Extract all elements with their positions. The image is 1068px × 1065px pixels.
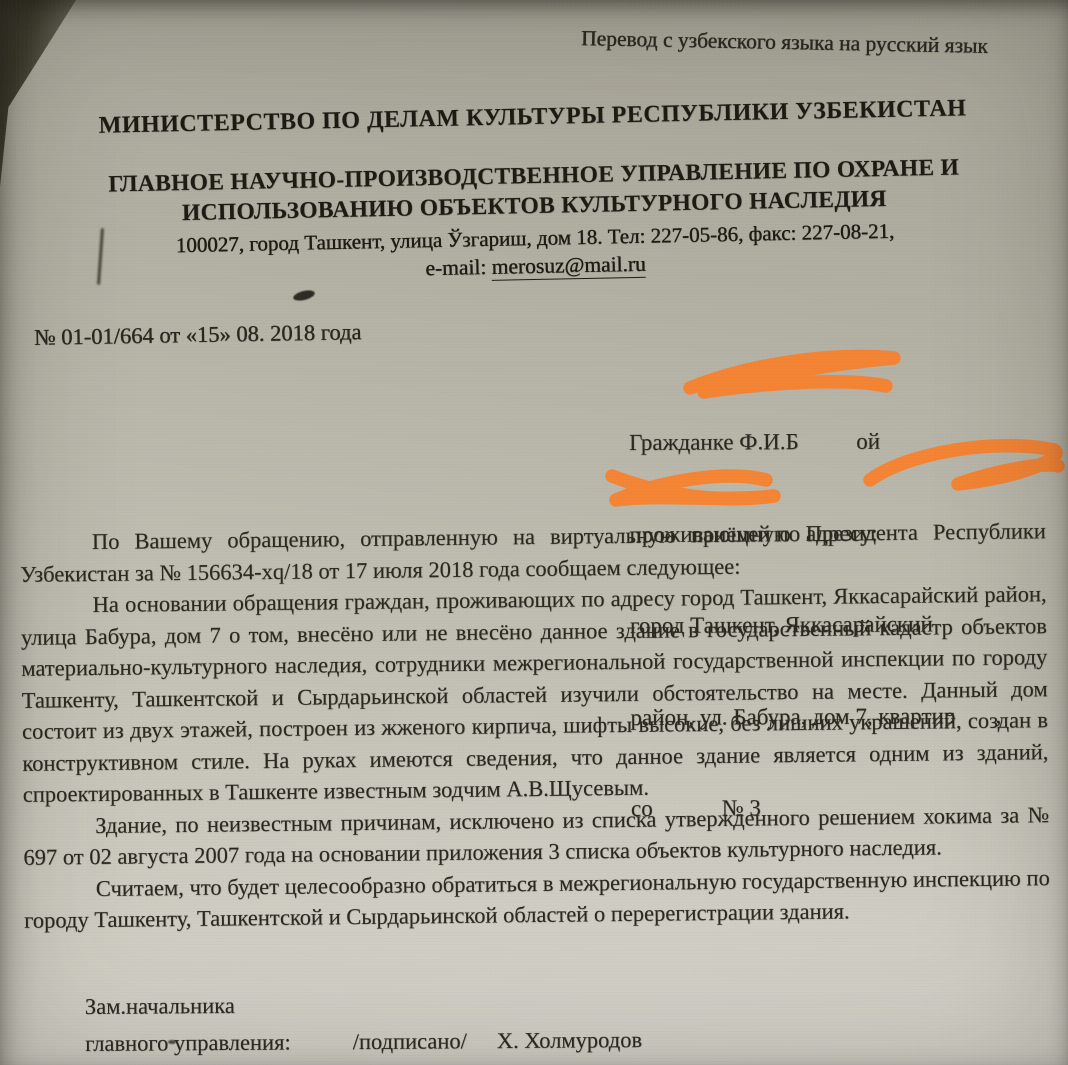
body-paragraph: Считаем, что будет целесообразно обратит…: [24, 862, 1051, 937]
signature-row: главного управления:/подписано/Х. Холмур…: [85, 1021, 642, 1062]
letterhead: МИНИСТЕРСТВО ПО ДЕЛАМ КУЛЬТУРЫ РЕСПУБЛИК…: [26, 94, 1041, 289]
translation-note: Перевод с узбекского языка на русский яз…: [581, 26, 988, 59]
ink-blob: [292, 288, 316, 302]
body-paragraph: На основании обращения граждан, проживаю…: [20, 578, 1048, 810]
signature-role-line2: главного управления:: [85, 1030, 291, 1056]
ministry-title: МИНИСТЕРСТВО ПО ДЕЛАМ КУЛЬТУРЫ РЕСПУБЛИК…: [26, 94, 1038, 141]
recipient-line: Гражданке Ф.И.Б ой: [629, 426, 1000, 458]
email-address: merosuz@mail.ru: [491, 252, 646, 281]
signature-name: Х. Холмуродов: [497, 1027, 642, 1053]
email-label: e-mail:: [425, 255, 492, 280]
letter-body: По Вашему обращению, отправленную на вир…: [20, 515, 1051, 936]
scanned-letter-document: Перевод с узбекского языка на русский яз…: [0, 0, 1068, 1065]
body-paragraph: Здание, по неизвестным причинам, исключе…: [23, 799, 1050, 874]
body-paragraph: По Вашему обращению, отправленную на вир…: [20, 515, 1047, 590]
signature-block: Зам.начальника главного управления:/подп…: [85, 984, 642, 1062]
reference-number-line: № 01-01/664 от «15» 08. 2018 года: [34, 319, 362, 351]
signature-role-line1: Зам.начальника: [85, 984, 642, 1025]
signature-signed-mark: /подписано/: [353, 1028, 467, 1054]
